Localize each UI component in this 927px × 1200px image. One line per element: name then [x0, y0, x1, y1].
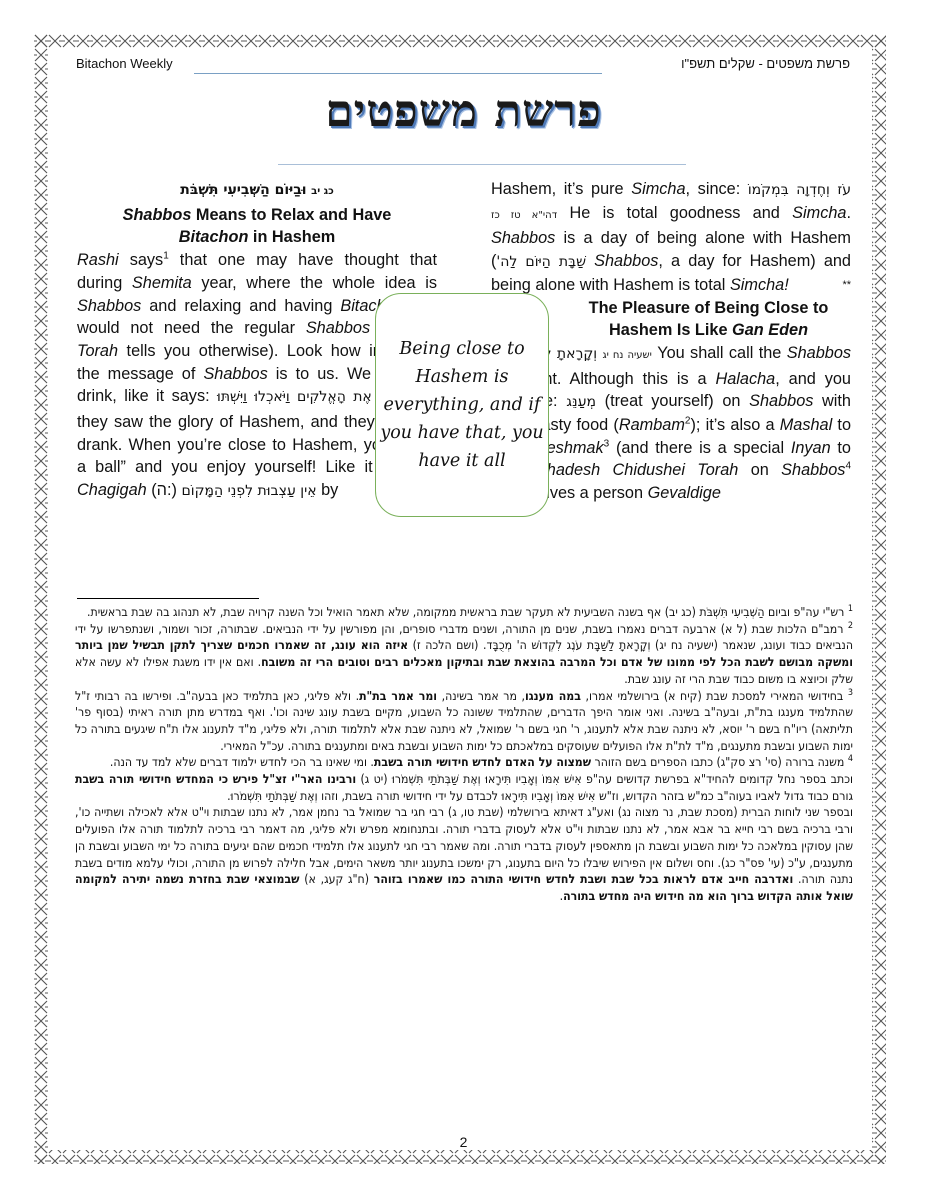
section-separator: ** — [842, 274, 851, 297]
page-number: 2 — [0, 1134, 927, 1150]
footnote-2: 2 רמב"ם הלכות שבת (ל א) ארבעה דברים נאמר… — [75, 621, 853, 688]
section-heading: Shabbos Means to Relax and Have Bitachon… — [77, 204, 437, 249]
footnote-4-para-3: ובספר שני לוחות הברית (מסכת שבת, נר מצוה… — [75, 804, 853, 904]
source-verse: וּבַיּוֹם הַשְּׁבִיעִי תִּשְׁבֹּת כג יב — [77, 178, 437, 204]
page-title: פרשת משפטים — [0, 86, 927, 137]
footnote-ref-4[interactable]: 4 — [845, 461, 851, 472]
footnote-separator — [77, 598, 259, 599]
footnote-4-para-2: וכתב בספר נחל קדומים להחיד"א בפרשת קדושי… — [75, 771, 853, 804]
header-rule — [194, 73, 602, 74]
source-verse-ref: כג יב — [311, 186, 334, 197]
footnotes: 1 רש"י עה"פ וביום הַשְּׁבִיעִי תִּשְׁבֹּ… — [75, 604, 853, 905]
source-verse-hebrew: וּבַיּוֹם הַשְּׁבִיעִי תִּשְׁבֹּת — [180, 182, 306, 198]
body-paragraph: Hashem, it’s pure Simcha, since: עֹז וְח… — [491, 178, 851, 297]
title-rule — [278, 164, 686, 165]
verse-hebrew: עֹז וְחֶדְוָה בִּמְקֹמוֹ — [748, 182, 851, 198]
footnote-3: 3 בחידושי המאירי למסכת שבת (קיח א) בירוש… — [75, 688, 853, 755]
running-header: Bitachon Weekly פרשת משפטים - שקלים תשפ"… — [76, 54, 850, 74]
footnote-4: 4 משנה ברורה (סי' רצ סק"ג) כתבו הספרים ב… — [75, 754, 853, 771]
pull-quote-box: Being close to Hashem is everything, and… — [375, 293, 549, 517]
pull-quote-text: Being close to Hashem is everything, and… — [376, 335, 548, 475]
section-heading: The Pleasure of Being Close to Hashem Is… — [566, 297, 851, 342]
publication-name: Bitachon Weekly — [76, 56, 173, 71]
footnote-1: 1 רש"י עה"פ וביום הַשְּׁבִיעִי תִּשְׁבֹּ… — [75, 604, 853, 621]
parsha-line: פרשת משפטים - שקלים תשפ"ו — [681, 56, 850, 71]
quote-hebrew: אֵין עַצְבוּת לִפְנֵי הַמָּקוֹם — [181, 483, 316, 499]
